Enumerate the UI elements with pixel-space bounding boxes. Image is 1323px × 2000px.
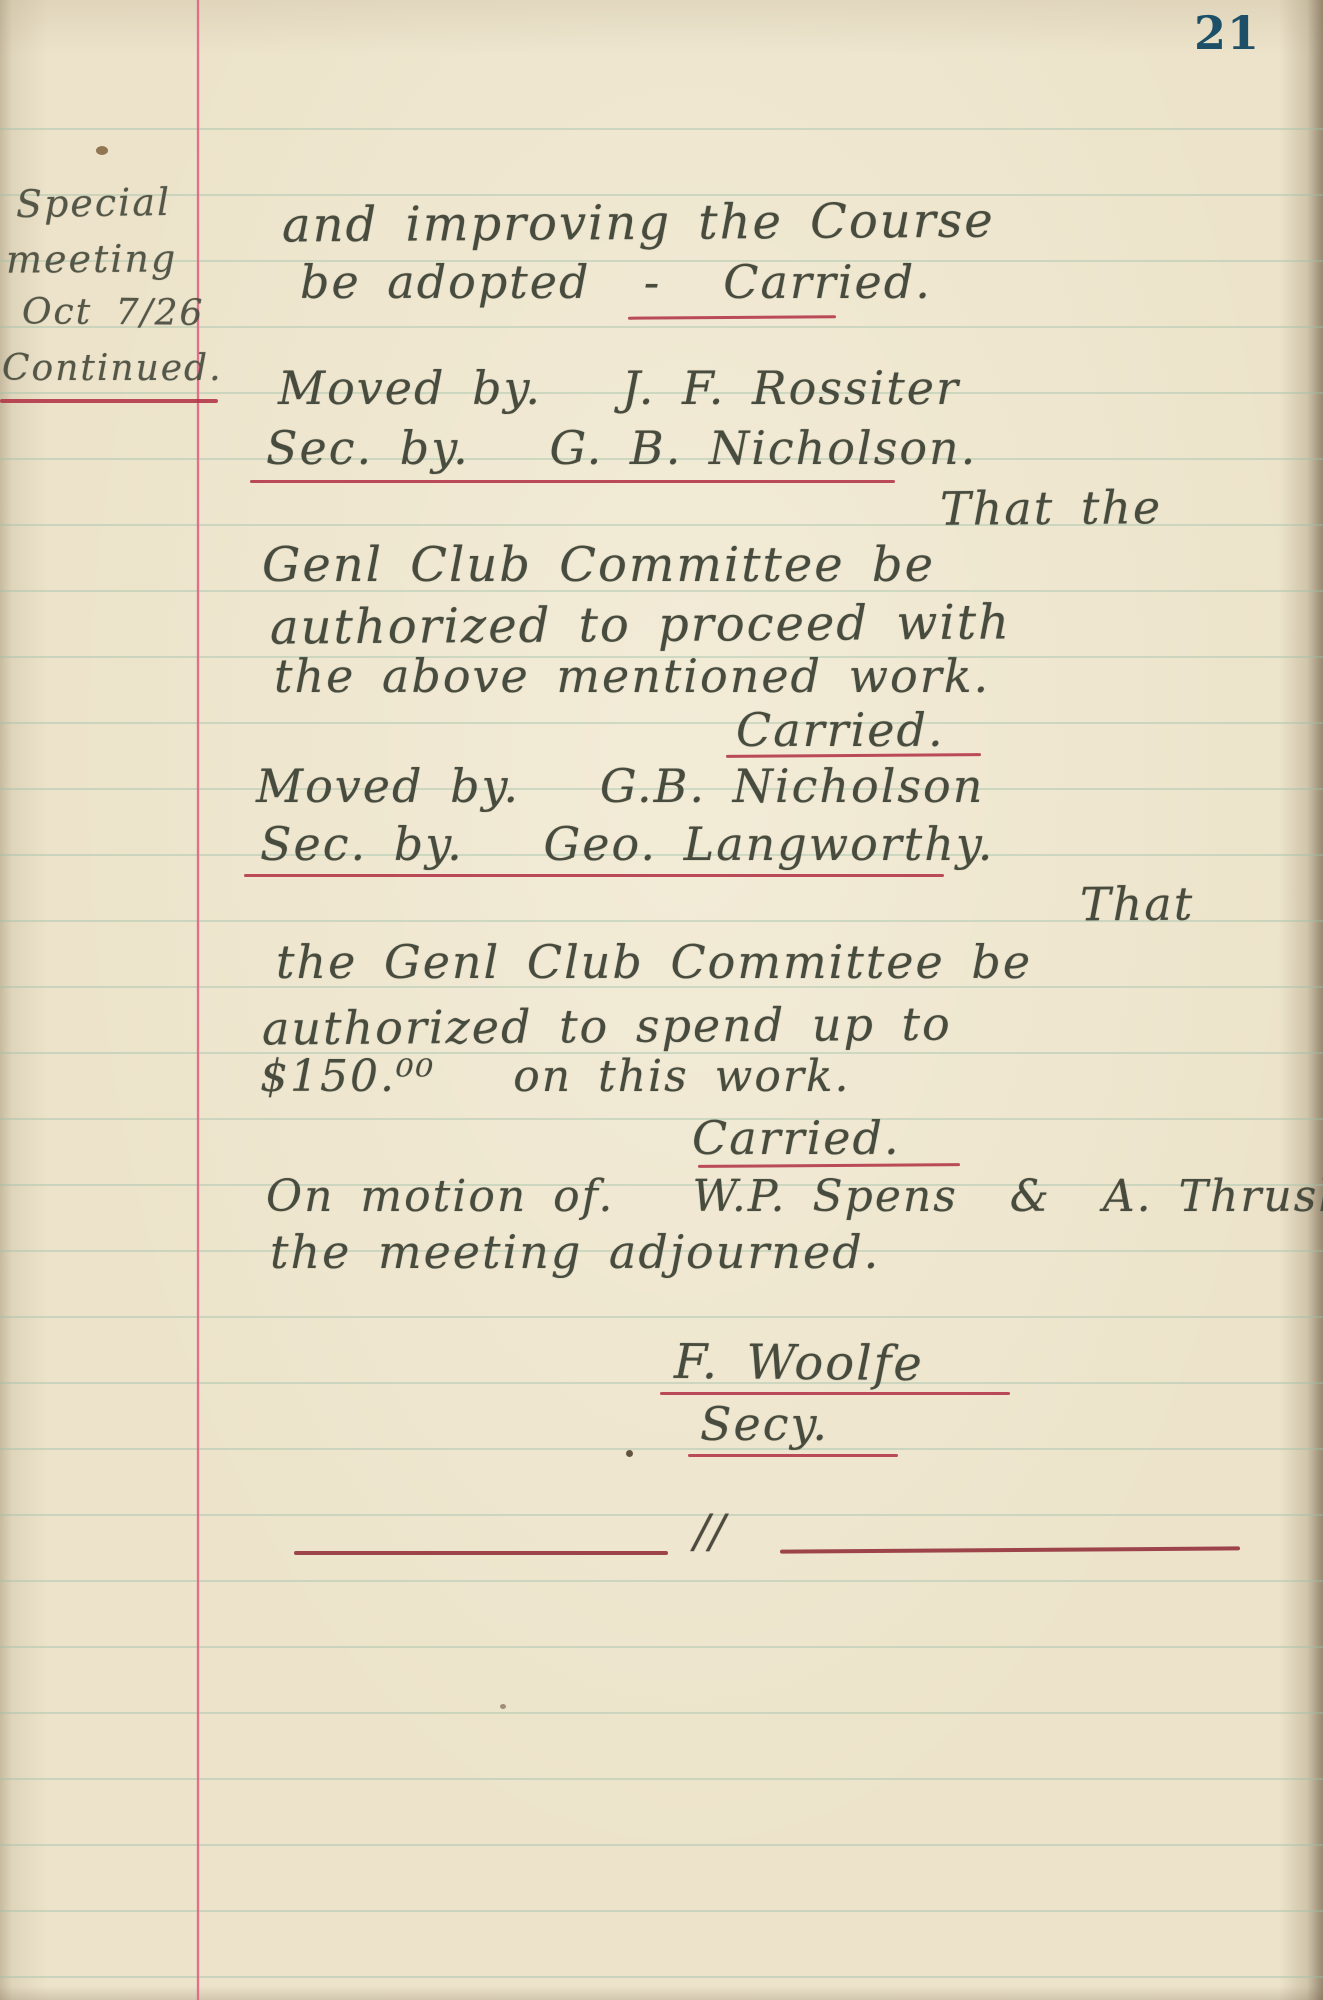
red-underline bbox=[660, 1392, 1010, 1395]
minutes-line: authorized to proceed with bbox=[270, 597, 1011, 653]
minutes-text: be adopted - bbox=[300, 255, 661, 309]
signature-name: F. Woolfe bbox=[674, 1337, 924, 1390]
minutes-line: authorized to spend up to bbox=[262, 1000, 952, 1053]
red-underline bbox=[250, 480, 895, 483]
moved-by-line: Moved by. G.B. Nicholson bbox=[256, 762, 984, 810]
page-number: 21 bbox=[1194, 6, 1260, 60]
minutes-line: the above mentioned work. bbox=[274, 652, 990, 700]
minutes-line: That bbox=[1080, 880, 1195, 929]
red-underline bbox=[0, 399, 218, 403]
margin-note-date: Oct 7/26 bbox=[22, 293, 205, 332]
paper-speck bbox=[500, 1704, 506, 1709]
red-underline bbox=[726, 753, 981, 758]
carried-label: Carried. bbox=[723, 255, 932, 309]
margin-note-continued: Continued. bbox=[2, 350, 223, 388]
minutes-line: the Genl Club Committee be bbox=[276, 938, 1032, 986]
red-underline bbox=[698, 1163, 960, 1168]
adjournment-motion-line: On motion of. W.P. Spens & A. Thrush bbox=[266, 1174, 1323, 1220]
seconded-by-line: Sec. by. Geo. Langworthy. bbox=[260, 820, 994, 868]
red-underline bbox=[244, 874, 944, 877]
margin-note-line: Special bbox=[16, 183, 172, 225]
minutes-line: That the bbox=[940, 483, 1163, 533]
red-underline bbox=[688, 1454, 898, 1457]
adjournment-line: the meeting adjourned. bbox=[270, 1228, 880, 1276]
seconded-by-line: Sec. by. G. B. Nicholson. bbox=[266, 424, 977, 472]
carried-label: Carried. bbox=[692, 1114, 901, 1162]
ledger-page: 21 Special meeting Oct 7/26 Continued. a… bbox=[0, 0, 1323, 2000]
amount-line: $150.⁰⁰ on this work. bbox=[260, 1054, 851, 1100]
paper-speck bbox=[96, 146, 108, 155]
minutes-line: be adopted -Carried. bbox=[300, 258, 932, 306]
minutes-line: and improving the Course bbox=[282, 196, 995, 251]
signature-title: Secy. bbox=[700, 1400, 829, 1448]
carried-label: Carried. bbox=[736, 706, 945, 754]
ditto-mark: // bbox=[694, 1504, 725, 1558]
margin-note-line: meeting bbox=[6, 239, 178, 280]
minutes-line: Genl Club Committee be bbox=[262, 540, 935, 590]
moved-by-line: Moved by. J. F. Rossiter bbox=[278, 364, 960, 412]
divider-line-left bbox=[294, 1551, 668, 1555]
paper-speck bbox=[626, 1450, 633, 1457]
red-underline bbox=[628, 315, 836, 319]
divider-line-right bbox=[780, 1546, 1240, 1553]
